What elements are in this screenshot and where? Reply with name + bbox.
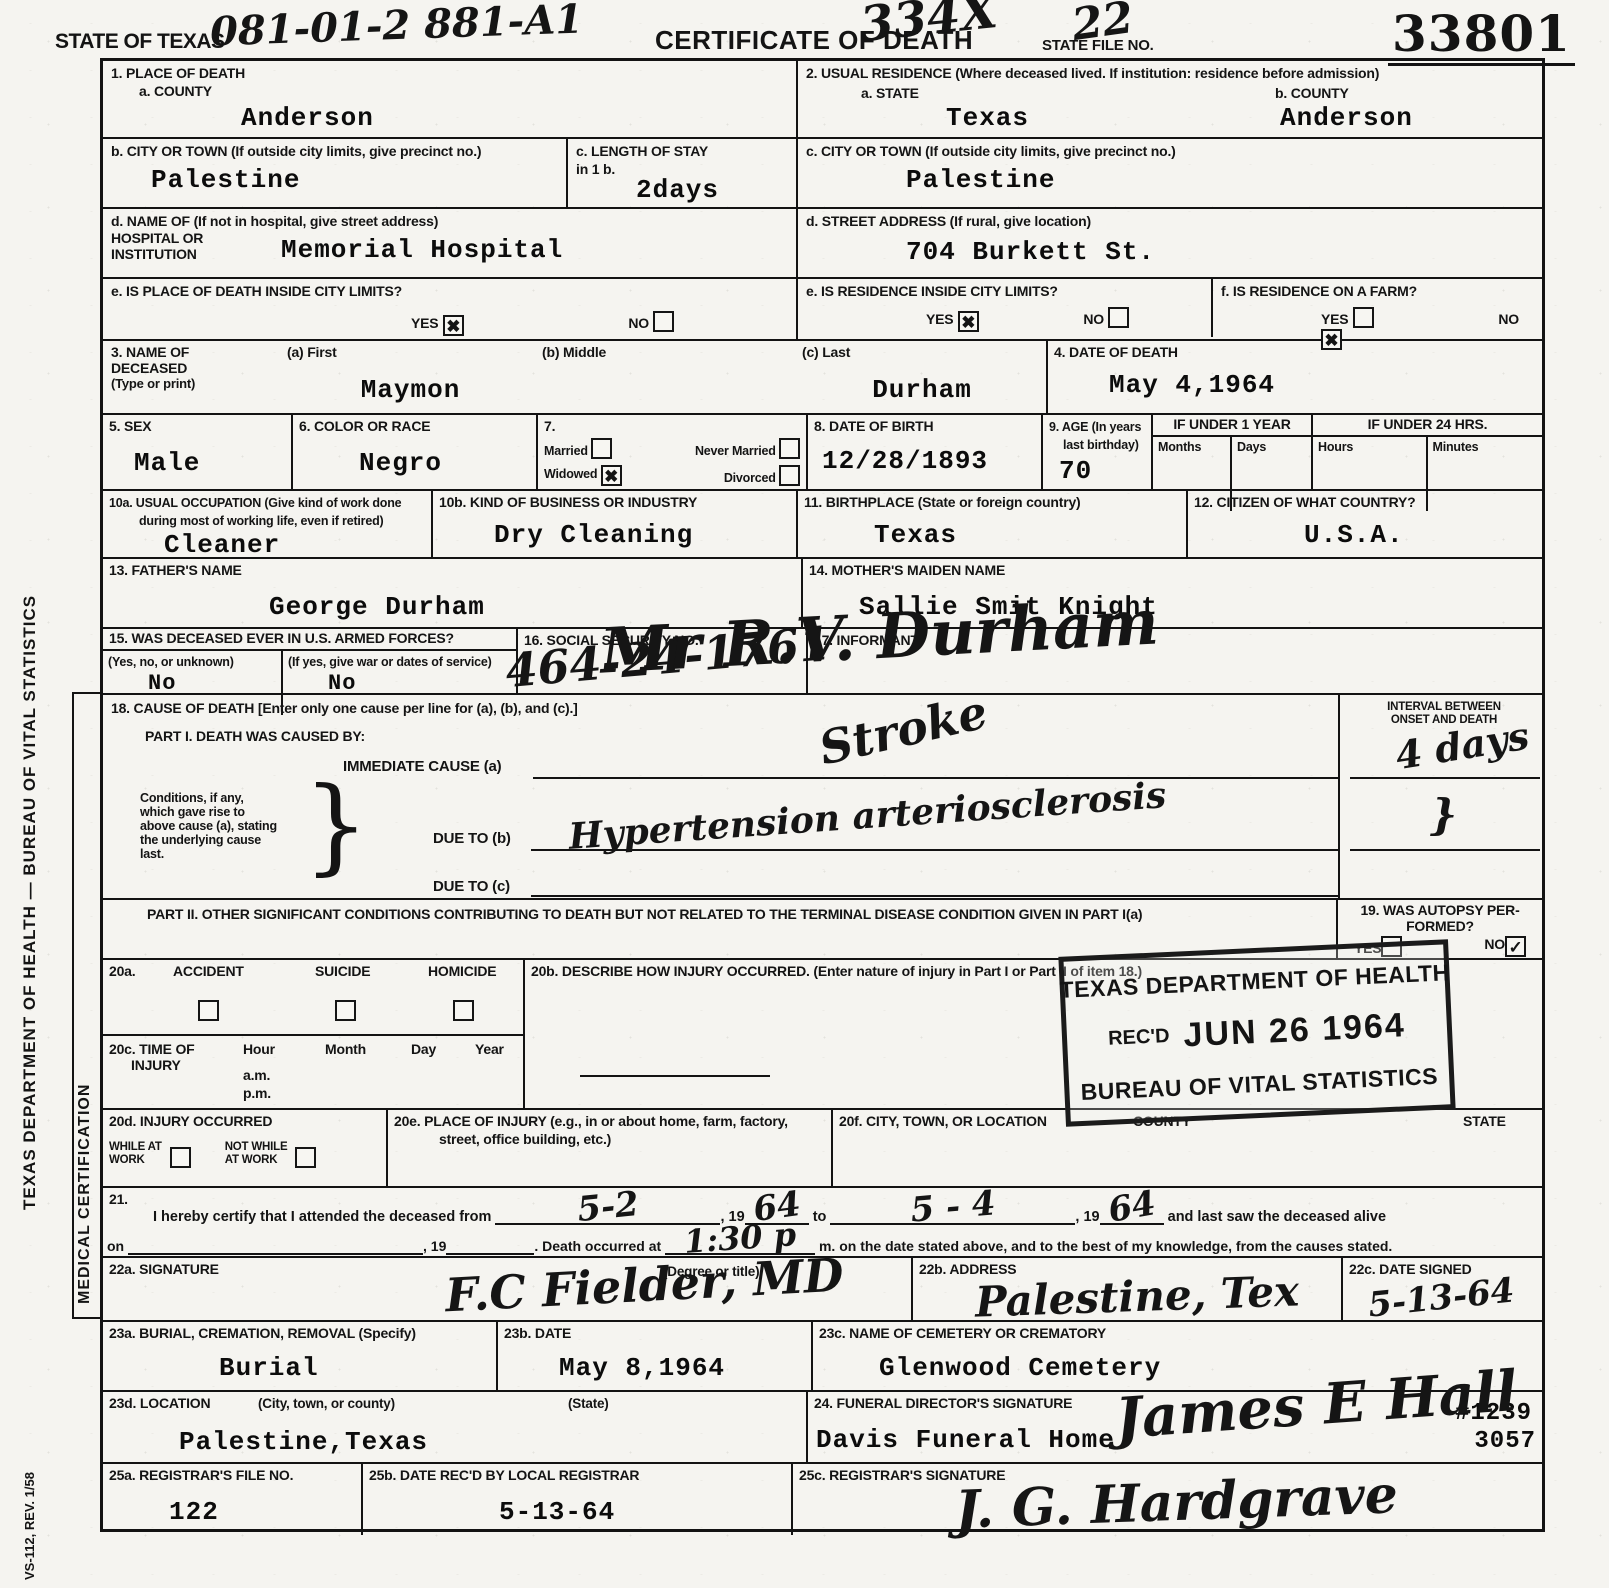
burial-date-value: May 8,1964 (559, 1353, 805, 1383)
form-code-text: VS-112, REV. 1/58 (22, 1395, 37, 1580)
place-limits-yes-checkbox: ✖ (443, 315, 464, 336)
marital-num: 7. (544, 418, 555, 434)
state-file-no-label: STATE FILE NO. (1042, 38, 1154, 55)
hospital-name-label: d. NAME OF (If not in hospital, give str… (111, 213, 438, 229)
married-label: Married (544, 438, 612, 459)
to-date-handwritten: 5 - 4 (909, 1183, 997, 1230)
label-23a: 23a. BURIAL, CREMATION, REMOVAL (Specify… (109, 1325, 416, 1341)
stamp-line1: TEXAS DEPARTMENT OF HEALTH (1059, 959, 1450, 1004)
fathers-name-label: 13. FATHER'S NAME (109, 562, 242, 578)
first-name-label: (a) First (287, 345, 534, 361)
certify-text-2: and last saw the deceased alive (1168, 1209, 1386, 1225)
occupation-label: 10a. USUAL OCCUPATION (Give kind of work… (109, 496, 401, 528)
residence-county-value: Anderson (1280, 103, 1534, 133)
due-to-c-label: DUE TO (c) (433, 879, 510, 896)
funeral-number-2: 3057 (1474, 1428, 1536, 1455)
place-city-limits-label: e. IS PLACE OF DEATH INSIDE CITY LIMITS? (111, 283, 402, 299)
medical-certification-label: MEDICAL CERTIFICATION (76, 904, 94, 1304)
armed-forces-a-value: No (148, 671, 276, 696)
section-20a: 20a. ACCIDENT SUICIDE HOMICIDE (103, 960, 523, 1036)
suicide-label: SUICIDE (315, 964, 370, 980)
section-25b-date-recd: 25b. DATE REC'D BY LOCAL REGISTRAR 5-13-… (363, 1464, 793, 1535)
under-1-year-title: IF UNDER 1 YEAR (1153, 415, 1311, 437)
death-occurred-label: . Death occurred at (534, 1238, 661, 1254)
not-while-at-work-checkbox (295, 1147, 316, 1168)
section-if-under-24-hrs: IF UNDER 24 HRS. Hours Minutes (1313, 415, 1542, 489)
residence-limits-yes-checkbox: ✖ (958, 311, 979, 332)
part2-label: PART II. OTHER SIGNIFICANT CONDITIONS CO… (147, 907, 1142, 923)
label-24: 24. FUNERAL DIRECTOR'S SIGNATURE (814, 1395, 1072, 1411)
length-of-stay-label2: in 1 b. (576, 161, 615, 177)
label-20d: 20d. INJURY OCCURRED (109, 1113, 272, 1129)
date-of-death-label: 4. DATE OF DEATH (1054, 344, 1178, 360)
citizen-label: 12. CITIZEN OF WHAT COUNTRY? (1194, 494, 1416, 510)
label-20e: 20e. PLACE OF INJURY (e.g., in or about … (394, 1113, 788, 1147)
accident-checkbox (198, 1000, 219, 1021)
business-value: Dry Cleaning (494, 520, 790, 550)
farm-yes-label: YES (1321, 311, 1348, 327)
label-20c: 20c. TIME OFINJURY (109, 1042, 195, 1073)
suicide-checkbox (335, 1000, 356, 1021)
residence-farm-label: f. IS RESIDENCE ON A FARM? (1221, 283, 1417, 299)
to-date-blank: 5 - 4 (830, 1206, 1075, 1225)
length-of-stay-label: c. LENGTH OF STAY (576, 143, 708, 159)
year-b-blank: 64 (1100, 1206, 1164, 1225)
am-label: a.m. (243, 1068, 270, 1084)
label-25b: 25b. DATE REC'D BY LOCAL REGISTRAR (369, 1467, 639, 1483)
residence-limits-no-checkbox (1108, 307, 1129, 328)
year-19c: , 19 (423, 1238, 446, 1254)
to-label: to (813, 1209, 827, 1225)
section-marital-status: 7. Married Never Married Widowed ✖ Divor… (538, 415, 808, 489)
usual-residence-title: 2. USUAL RESIDENCE (Where deceased lived… (806, 65, 1379, 81)
section-sex: 5. SEX Male (103, 415, 293, 489)
residence-city-value: Palestine (906, 165, 1534, 195)
residence-state-value: Texas (946, 103, 1170, 133)
label-20a: 20a. (109, 964, 135, 980)
residence-city-limits-label: e. IS RESIDENCE INSIDE CITY LIMITS? (806, 283, 1058, 299)
due-to-b-label: DUE TO (b) (433, 831, 511, 848)
certificate-title: CERTIFICATE OF DEATH (655, 26, 973, 55)
never-married-label: Never Married (695, 438, 800, 459)
business-label: 10b. KIND OF BUSINESS OR INDUSTRY (439, 494, 697, 510)
hospital-name-label2: HOSPITAL ORINSTITUTION (111, 231, 236, 265)
place-county-value: Anderson (241, 103, 788, 133)
street-address-label: d. STREET ADDRESS (If rural, give locati… (806, 213, 1091, 229)
first-name-value: Maymon (287, 375, 534, 405)
date-of-birth-label: 8. DATE OF BIRTH (814, 418, 933, 434)
divorced-checkbox (779, 465, 800, 486)
homicide-label: HOMICIDE (428, 964, 496, 980)
section-23a-burial: 23a. BURIAL, CREMATION, REMOVAL (Specify… (103, 1322, 498, 1390)
section-25a-registrar-file: 25a. REGISTRAR'S FILE NO. 122 (103, 1464, 363, 1535)
married-checkbox (591, 438, 612, 459)
stamp-recd-label: REC'D (1108, 1025, 1170, 1051)
divorced-label: Divorced (724, 465, 800, 486)
race-label: 6. COLOR OR RACE (299, 418, 430, 434)
cause-of-death-title: 18. CAUSE OF DEATH [Enter only one cause… (111, 701, 578, 717)
section-usual-occupation: 10a. USUAL OCCUPATION (Give kind of work… (103, 491, 433, 557)
date-of-death-value: May 4,1964 (1109, 370, 1536, 400)
birthplace-label: 11. BIRTHPLACE (State or foreign country… (804, 494, 1081, 510)
date-of-birth-value: 12/28/1893 (822, 446, 1035, 476)
pm-label: p.m. (243, 1086, 271, 1102)
armed-forces-title: 15. WAS DECEASED EVER IN U.S. ARMED FORC… (103, 629, 516, 651)
section-color-or-race: 6. COLOR OR RACE Negro (293, 415, 538, 489)
on-date-blank (128, 1236, 423, 1255)
section-part2: PART II. OTHER SIGNIFICANT CONDITIONS CO… (103, 900, 1338, 958)
section-armed-forces: 15. WAS DECEASED EVER IN U.S. ARMED FORC… (103, 629, 518, 693)
last-name-value: Durham (802, 375, 1042, 405)
sex-value: Male (134, 448, 285, 478)
stamp-date: JUN 26 1964 (1183, 1007, 1407, 1056)
residence-city-label: c. CITY OR TOWN (If outside city limits,… (806, 143, 1176, 159)
section-20d: 20d. INJURY OCCURRED WHILE ATWORK NOT WH… (103, 1110, 388, 1186)
section-birthplace: 11. BIRTHPLACE (State or foreign country… (798, 491, 1188, 557)
while-at-work-checkbox (170, 1147, 191, 1168)
conditions-brace: } (303, 773, 369, 877)
day-label: Day (411, 1042, 436, 1058)
place-of-death-title: 1. PLACE OF DEATH (111, 65, 245, 81)
age-value: 70 (1059, 456, 1145, 486)
place-city-label: b. CITY OR TOWN (If outside city limits,… (111, 143, 481, 159)
certificate-form: 1. PLACE OF DEATH a. COUNTY Anderson b. … (100, 58, 1545, 1532)
farm-no-label: NO (1498, 311, 1519, 327)
section-place-of-death: 1. PLACE OF DEATH a. COUNTY Anderson b. … (103, 61, 798, 339)
section-23b-date: 23b. DATE May 8,1964 (498, 1322, 813, 1390)
armed-forces-b-label: (If yes, give war or dates of service) (288, 655, 492, 669)
place-county-label: a. COUNTY (139, 83, 212, 99)
state-header: STATE (1463, 1114, 1506, 1130)
death-certificate-scan: { "colors": {"ink": "#141414", "paper": … (0, 0, 1609, 1588)
location-state-note: (State) (568, 1396, 609, 1411)
section-23d-location: 23d. LOCATION (City, town, or county) (S… (103, 1392, 808, 1462)
cause-b-handwritten: Hypertension arteriosclerosis (567, 774, 1167, 858)
section-cause-of-death: 18. CAUSE OF DEATH [Enter only one cause… (103, 695, 1542, 900)
year-19b: , 19 (1075, 1209, 1099, 1225)
section-age: 9. AGE (In yearslast birthday) 70 (1043, 415, 1153, 489)
race-value: Negro (359, 448, 530, 478)
place-limits-yes-label: YES (411, 315, 438, 331)
label-20b: 20b. DESCRIBE HOW INJURY OCCURRED. (Ente… (531, 963, 1142, 979)
birthplace-value: Texas (874, 520, 1180, 550)
armed-forces-b-value: No (328, 671, 511, 696)
stamp-line3: BUREAU OF VITAL STATISTICS (1080, 1063, 1438, 1106)
section-usual-residence: 2. USUAL RESIDENCE (Where deceased lived… (798, 61, 1542, 339)
not-while-at-work-label: NOT WHILEAT WORK (225, 1141, 288, 1168)
widowed-checkbox: ✖ (601, 465, 622, 486)
farm-yes-checkbox (1353, 307, 1374, 328)
burial-value: Burial (219, 1353, 490, 1383)
certify-text-4: m. on the date stated above, and to the … (819, 1238, 1392, 1254)
location-city-note: (City, town, or county) (258, 1396, 395, 1411)
interval-column: INTERVAL BETWEENONSET AND DEATH 4 days } (1338, 695, 1548, 900)
left-rail-department-text: TEXAS DEPARTMENT OF HEALTH — BUREAU OF V… (20, 250, 40, 1210)
due-to-c-line (531, 895, 1338, 897)
year-b-handwritten: 64 (1105, 1183, 1159, 1231)
label-21: 21. (109, 1192, 128, 1208)
section-if-under-1-year: IF UNDER 1 YEAR Months Days (1153, 415, 1313, 489)
homicide-checkbox (453, 1000, 474, 1021)
occupation-value: Cleaner (164, 530, 425, 560)
label-20f: 20f. CITY, TOWN, OR LOCATION (839, 1113, 1047, 1129)
sex-label: 5. SEX (109, 418, 151, 434)
residence-county-label: b. COUNTY (1275, 85, 1349, 101)
location-value: Palestine,Texas (179, 1427, 800, 1457)
label-22a: 22a. SIGNATURE (109, 1261, 219, 1277)
under-24-title: IF UNDER 24 HRS. (1313, 415, 1542, 437)
injury-blank-line (580, 1058, 770, 1077)
conditions-note: Conditions, if any, which gave rise to a… (140, 791, 280, 861)
registrar-file-value: 122 (169, 1497, 355, 1527)
middle-name-label: (b) Middle (542, 345, 794, 361)
label-22b: 22b. ADDRESS (919, 1261, 1016, 1277)
month-label: Month (325, 1042, 366, 1058)
on-label: on (107, 1238, 124, 1254)
hour-label: Hour (243, 1042, 275, 1058)
length-of-stay-value: 2days (636, 175, 788, 205)
name-of-deceased-label: 3. NAME OFDECEASED(Type or print) (103, 341, 283, 413)
accident-label: ACCIDENT (173, 964, 244, 980)
section-20e: 20e. PLACE OF INJURY (e.g., in or about … (388, 1110, 833, 1186)
label-23d: 23d. LOCATION (109, 1395, 210, 1411)
section-certification: 21. I hereby certify that I attended the… (103, 1188, 1542, 1258)
from-date-handwritten: 5-2 (575, 1184, 640, 1230)
section-date-of-birth: 8. DATE OF BIRTH 12/28/1893 (808, 415, 1043, 489)
section-20c: 20c. TIME OFINJURY Hour a.m. p.m. Month … (103, 1036, 523, 1108)
cause-a-handwritten: Stroke (814, 685, 992, 776)
last-name-label: (c) Last (802, 345, 1042, 361)
label-23b: 23b. DATE (504, 1325, 571, 1341)
label-25a: 25a. REGISTRAR'S FILE NO. (109, 1467, 293, 1483)
interval-b-value: } (1430, 790, 1457, 839)
certify-text-1: I hereby certify that I attended the dec… (153, 1209, 491, 1225)
label-23c: 23c. NAME OF CEMETERY OR CREMATORY (819, 1325, 1106, 1341)
place-city-value: Palestine (151, 165, 558, 195)
section-name-of-deceased: 3. NAME OFDECEASED(Type or print) (a) Fi… (103, 341, 1048, 413)
autopsy-no-checkbox: ✓ (1505, 936, 1526, 957)
section-20f: 20f. CITY, TOWN, OR LOCATION COUNTY STAT… (833, 1110, 1542, 1186)
mothers-name-label: 14. MOTHER'S MAIDEN NAME (809, 562, 1005, 578)
residence-state-label: a. STATE (861, 85, 919, 101)
handwritten-registration-code: 081-01-2 881-A1 (209, 0, 584, 55)
date-recd-value: 5-13-64 (499, 1497, 785, 1527)
state-of-texas-label: STATE OF TEXAS (55, 30, 225, 54)
section-date-of-death: 4. DATE OF DEATH May 4,1964 (1048, 341, 1542, 413)
age-label: 9. AGE (In yearslast birthday) (1049, 420, 1141, 452)
received-stamp: TEXAS DEPARTMENT OF HEALTH REC'D JUN 26 … (1058, 939, 1455, 1127)
residence-limits-no-label: NO (1083, 311, 1104, 327)
widowed-label: Widowed ✖ (544, 465, 622, 486)
while-at-work-label: WHILE ATWORK (109, 1141, 162, 1168)
place-limits-no-label: NO (628, 315, 649, 331)
autopsy-no: NO✓ (1484, 936, 1526, 957)
autopsy-label: 19. WAS AUTOPSY PER-FORMED? (1344, 903, 1536, 934)
never-married-checkbox (779, 438, 800, 459)
section-kind-of-business: 10b. KIND OF BUSINESS OR INDUSTRY Dry Cl… (433, 491, 798, 557)
citizen-value: U.S.A. (1304, 520, 1536, 550)
street-address-value: 704 Burkett St. (906, 237, 1534, 267)
place-limits-no-checkbox (653, 311, 674, 332)
residence-limits-yes-label: YES (926, 311, 953, 327)
hospital-name-value: Memorial Hospital (281, 235, 563, 265)
label-22c: 22c. DATE SIGNED (1349, 1261, 1472, 1277)
year-c-blank (446, 1236, 534, 1255)
part1-label: PART I. DEATH WAS CAUSED BY: (145, 729, 365, 745)
year-label: Year (475, 1042, 504, 1058)
medical-certification-strip: MEDICAL CERTIFICATION (72, 692, 100, 1319)
armed-forces-a-label: (Yes, no, or unknown) (108, 655, 234, 669)
section-citizen-country: 12. CITIZEN OF WHAT COUNTRY? U.S.A. (1188, 491, 1542, 557)
immediate-cause-line (533, 777, 1338, 779)
state-file-number: 33801 (1388, 4, 1575, 66)
